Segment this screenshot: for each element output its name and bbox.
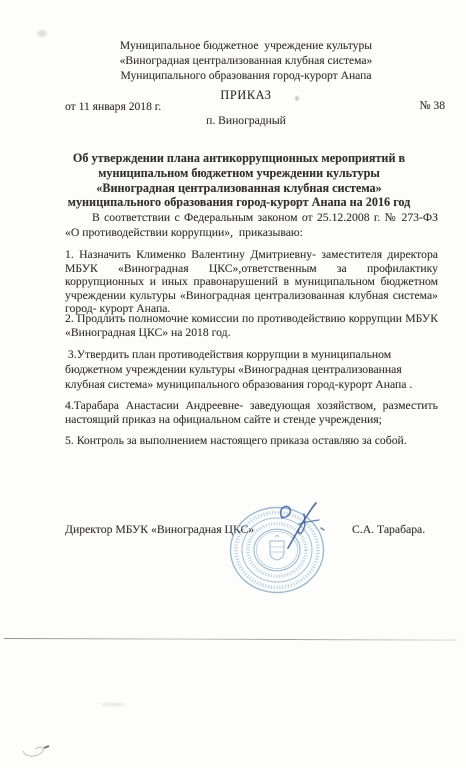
scan-smudge bbox=[100, 703, 126, 706]
scan-smudge bbox=[295, 96, 299, 101]
signature-position-label: Директор МБУК «Виноградная ЦКС» bbox=[65, 523, 254, 536]
organization-header: Муниципальное бюджетное учреждение культ… bbox=[0, 38, 466, 83]
order-date: от 11 января 2018 г. bbox=[65, 100, 161, 113]
scan-fold-line bbox=[4, 638, 457, 641]
pencil-scribble bbox=[20, 740, 64, 760]
scan-smudge bbox=[37, 30, 47, 37]
signatory-name: С.А. Тарабара. bbox=[352, 523, 425, 536]
order-item-3: 3.Утвердить план противодействия коррупц… bbox=[65, 347, 438, 392]
order-item-4: 4.Тарабара Анастасии Андреевне- заведующ… bbox=[65, 399, 438, 428]
order-item-2: 2. Продлить полномочие комиссии по проти… bbox=[65, 312, 438, 339]
order-item-1: 1. Назначить Клименко Валентину Дмитриев… bbox=[65, 248, 438, 316]
order-place: п. Виноградный bbox=[0, 114, 466, 127]
document-page: Муниципальное бюджетное учреждение культ… bbox=[0, 0, 466, 768]
order-number: № 38 bbox=[419, 99, 445, 112]
order-subject: Об утверждении плана антикоррупционных м… bbox=[30, 151, 448, 210]
signature-scribble bbox=[266, 500, 330, 558]
order-item-5: 5. Контроль за выполнением настоящего пр… bbox=[65, 434, 438, 448]
preamble-paragraph: В соответствии с Федеральным законом от … bbox=[65, 210, 438, 240]
